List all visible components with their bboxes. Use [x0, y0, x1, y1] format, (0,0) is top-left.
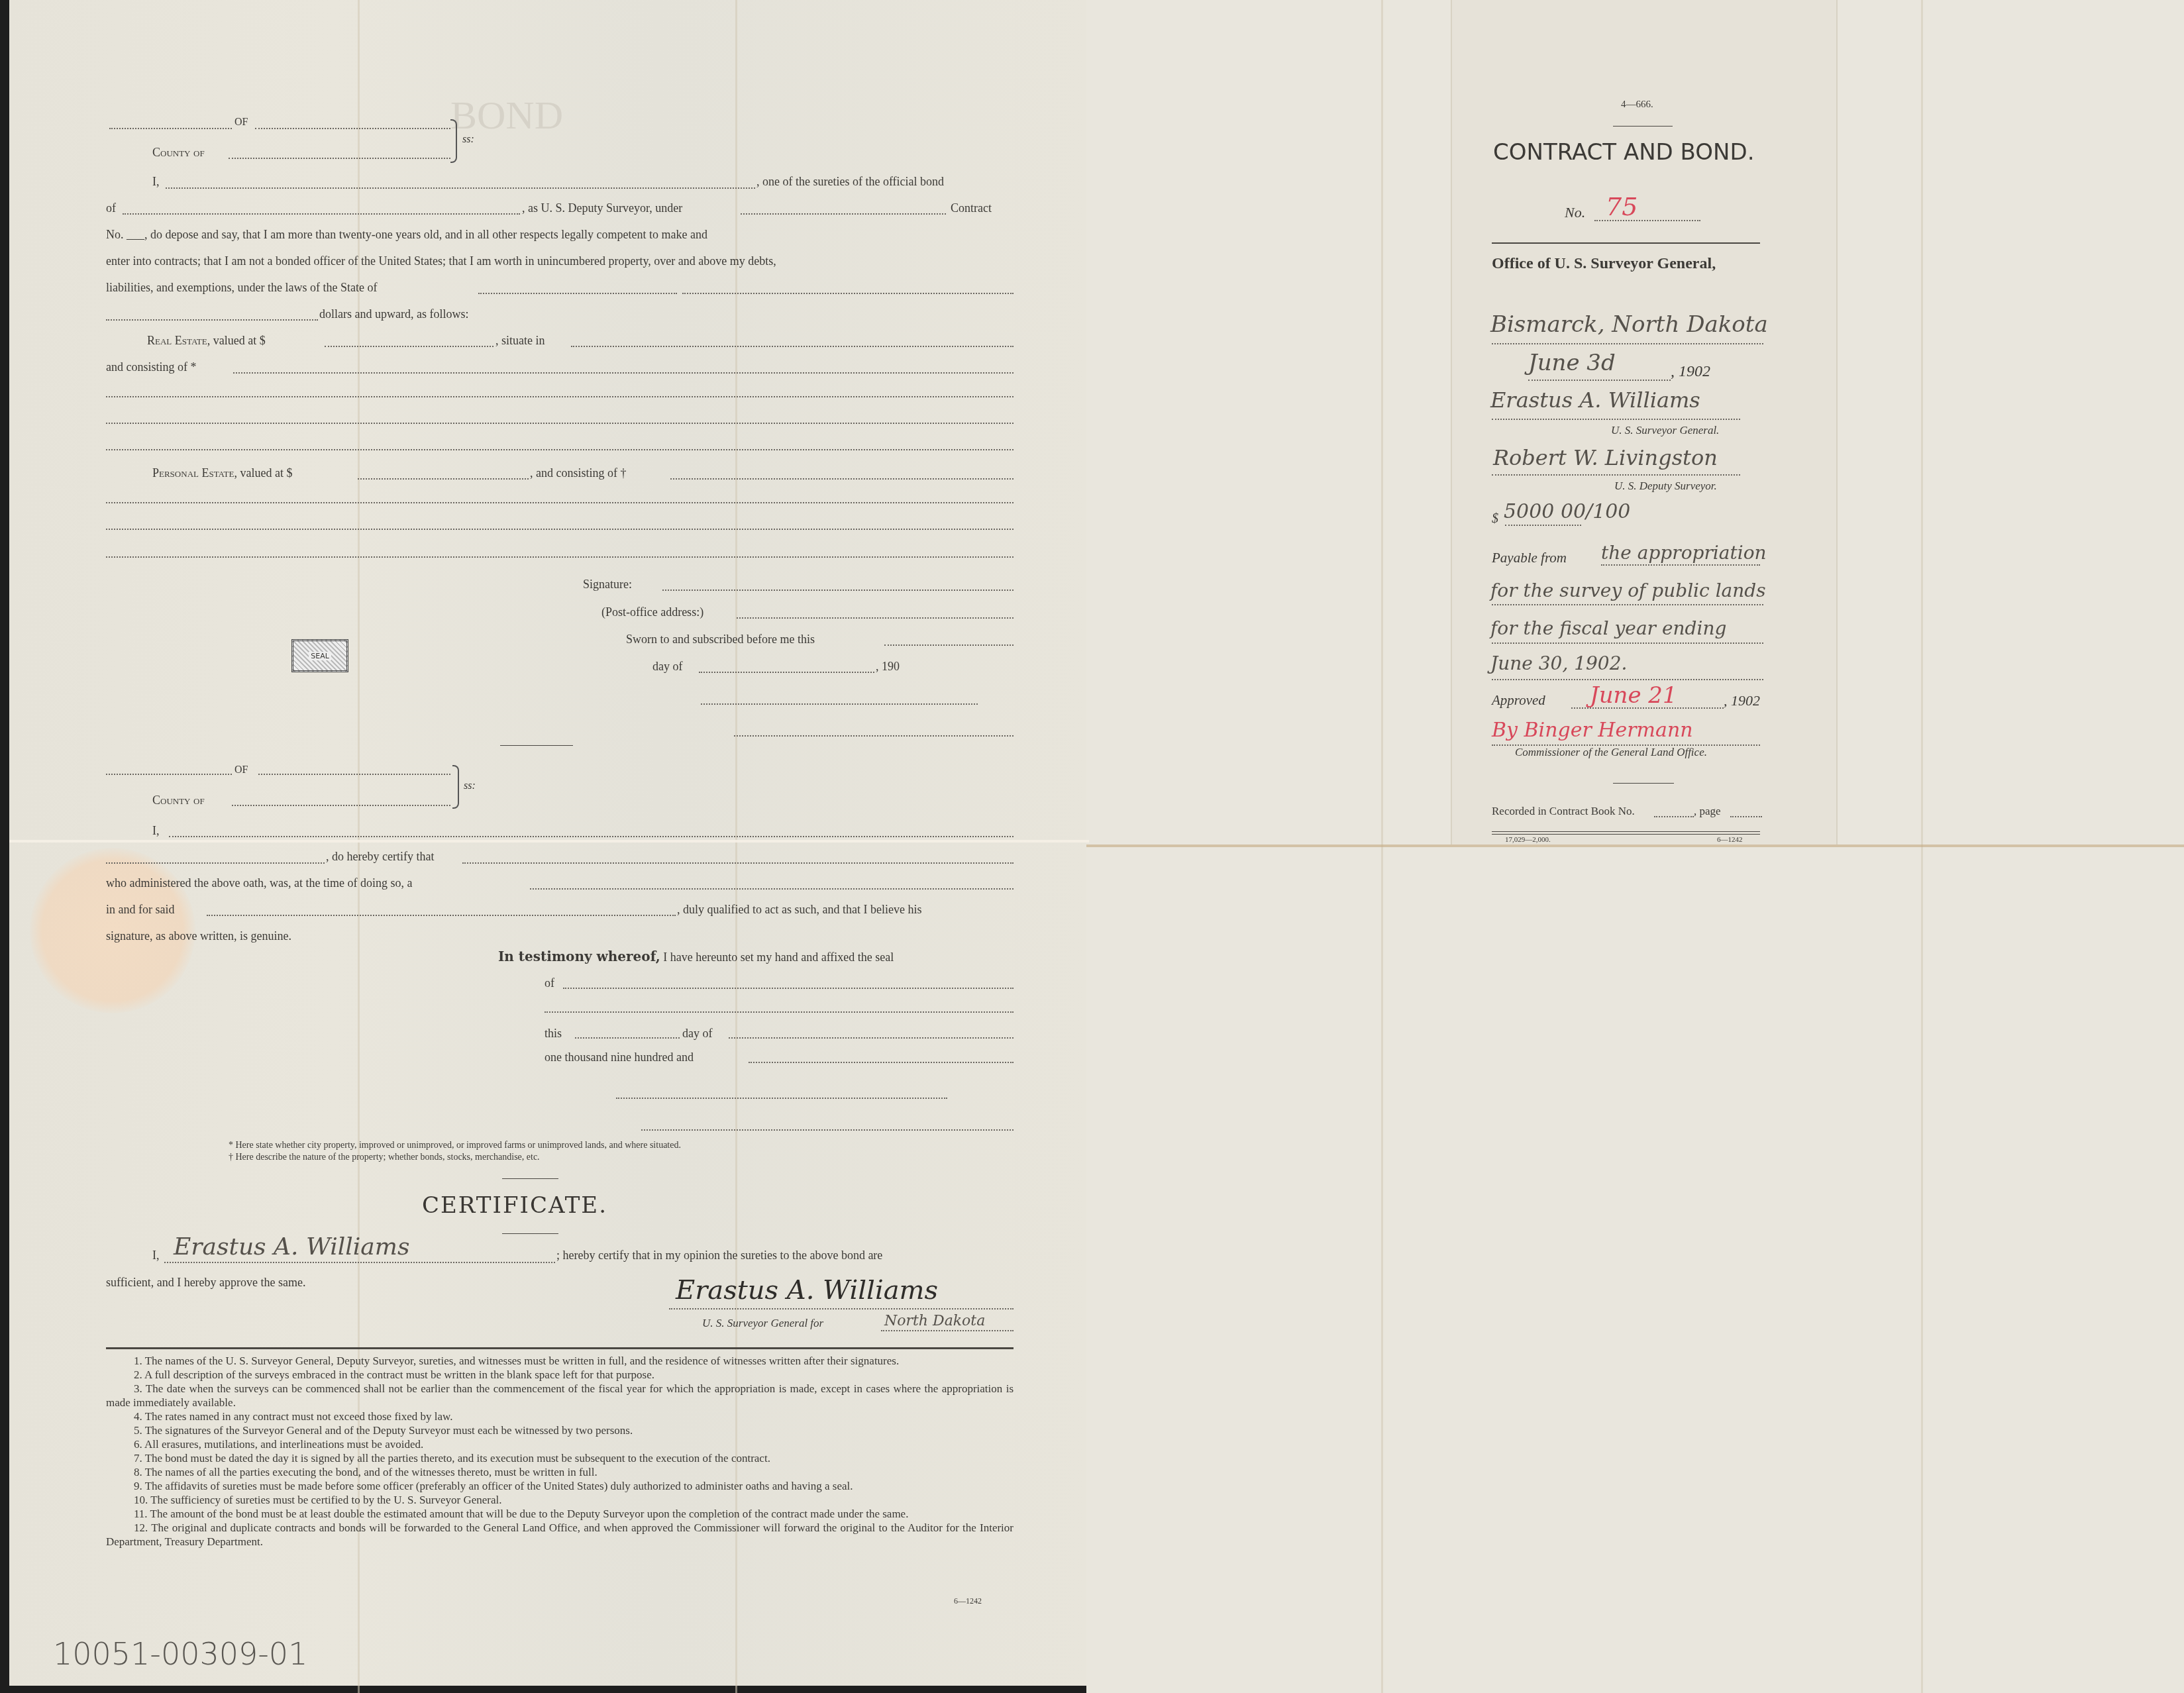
sworn-day-field[interactable]	[884, 644, 1014, 646]
payable-field[interactable]	[1492, 642, 1763, 644]
para-text: , do hereby certify that	[326, 850, 434, 864]
day-of-label: day of	[652, 660, 682, 674]
para-text: ; hereby certify that in my opinion the …	[556, 1249, 882, 1262]
instruction-item: 3. The date when the surveys can be comm…	[106, 1382, 1014, 1410]
personal-estate-description-field[interactable]	[106, 556, 1014, 558]
form-number: 6—1242	[1717, 836, 1743, 844]
county-field[interactable]	[229, 158, 450, 159]
para-text: No. ___, do depose and say, that I am mo…	[106, 228, 1014, 242]
payable-line: for the survey of public lands	[1490, 580, 1766, 601]
archive-id: 10051-00309-01	[53, 1636, 307, 1672]
signature-field[interactable]	[662, 590, 1014, 591]
certifier-name-field[interactable]	[164, 1262, 555, 1263]
payable-line: June 30, 1902.	[1490, 652, 1627, 674]
testimony-year-field[interactable]	[749, 1062, 1014, 1063]
amount-words-field[interactable]	[682, 293, 1014, 294]
officer-name-field[interactable]	[462, 862, 1014, 864]
para-text: , valued at $	[207, 334, 266, 347]
venue-of-field[interactable]	[258, 774, 450, 775]
section-divider	[1492, 834, 1760, 835]
role-label: U. S. Surveyor General for	[702, 1317, 823, 1330]
para-text: liabilities, and exemptions, under the l…	[106, 281, 377, 295]
post-office-label: (Post-office address:)	[601, 605, 703, 619]
testimony-of-field[interactable]	[563, 988, 1014, 989]
para-text: , duly qualified to act as such, and tha…	[677, 903, 921, 917]
county-label: County of	[152, 146, 205, 160]
sworn-label: Sworn to and subscribed before me this	[626, 633, 815, 646]
section-divider	[1613, 126, 1673, 127]
surveyor-general-label: U. S. Surveyor General.	[1611, 424, 1719, 437]
officer-signature-field[interactable]	[701, 703, 978, 705]
officer-title-field[interactable]	[734, 735, 1014, 737]
personal-estate-description-field[interactable]	[106, 529, 1014, 530]
amount-handwritten: 5000 00/100	[1504, 500, 1630, 523]
cover-title: CONTRACT AND BOND.	[1493, 139, 1755, 166]
instruction-item: 4. The rates named in any contract must …	[106, 1410, 1014, 1423]
instruction-item: 1. The names of the U. S. Surveyor Gener…	[106, 1354, 1014, 1368]
personal-estate-description-field[interactable]	[670, 478, 1014, 480]
certifier-title-field[interactable]	[106, 862, 325, 864]
section-divider	[1492, 242, 1760, 244]
para-text: of	[545, 976, 554, 990]
instruction-item: 8. The names of all the parties executin…	[106, 1465, 1014, 1479]
personal-estate-description-field[interactable]	[106, 502, 1014, 503]
instruction-item: 11. The amount of the bond must be at le…	[106, 1507, 1014, 1521]
payable-field[interactable]	[1492, 604, 1763, 605]
notary-title-field[interactable]	[641, 1129, 1014, 1131]
venue-of-label: OF	[234, 764, 248, 776]
para-text: I,	[152, 1249, 160, 1262]
instruction-item: 7. The bond must be dated the day it is …	[106, 1451, 1014, 1465]
commissioner-label: Commissioner of the General Land Office.	[1515, 746, 1707, 759]
amount-prefix: $	[1492, 511, 1498, 527]
deputy-name-field[interactable]	[123, 213, 520, 215]
instruction-item: 6. All erasures, mutilations, and interl…	[106, 1437, 1014, 1451]
surety-name-field[interactable]	[166, 187, 755, 189]
section-divider	[502, 1233, 558, 1234]
state-handwritten: North Dakota	[884, 1313, 985, 1329]
para-text: I have hereunto set my hand and affixed …	[663, 950, 894, 964]
county-field[interactable]	[232, 805, 450, 806]
book-number-field[interactable]	[1654, 816, 1694, 817]
certifier-name-handwritten: Erastus A. Williams	[174, 1233, 409, 1260]
section-divider	[1492, 831, 1760, 832]
para-text: who administered the above oath, was, at…	[106, 876, 412, 890]
footnote: * Here state whether city property, impr…	[229, 1141, 681, 1151]
officer-position-field[interactable]	[530, 888, 1014, 890]
certifier-name-field[interactable]	[169, 836, 1014, 837]
signature-label: Signature:	[583, 578, 632, 591]
deputy-label: U. S. Deputy Surveyor.	[1614, 480, 1717, 493]
fold-line	[1086, 845, 2184, 847]
state-blank	[109, 128, 232, 129]
date-year: , 1902	[1671, 363, 1710, 381]
state-blank[interactable]	[106, 774, 232, 775]
section-divider	[500, 745, 573, 746]
para-text: , valued at $	[234, 466, 292, 480]
para-text: one thousand nine hundred and	[545, 1051, 694, 1064]
instruction-item: 5. The signatures of the Surveyor Genera…	[106, 1423, 1014, 1437]
venue-of-field[interactable]	[255, 128, 450, 129]
ghost-heading: BOND	[450, 93, 563, 138]
notary-signature-field[interactable]	[616, 1098, 947, 1099]
instructions-list: 1. The names of the U. S. Surveyor Gener…	[106, 1354, 1014, 1549]
post-office-field[interactable]	[737, 617, 1014, 619]
payable-label: Payable from	[1492, 550, 1567, 566]
print-run: 17,029—2,000.	[1505, 836, 1551, 844]
approved-label: Approved	[1492, 692, 1545, 709]
commissioner-signature: By Binger Hermann	[1492, 719, 1693, 742]
contract-field[interactable]	[741, 213, 946, 215]
date-handwritten: June 3d	[1528, 350, 1616, 376]
number-label: No.	[1565, 204, 1585, 221]
surveyor-general-signature: Erastus A. Williams	[676, 1275, 938, 1306]
para-text: in and for said	[106, 903, 174, 917]
ss-label: ss:	[464, 780, 476, 792]
para-text: of	[106, 201, 116, 215]
year-label: , 190	[876, 660, 900, 674]
fold-line	[9, 840, 1089, 843]
bracket	[450, 119, 457, 163]
para-text: , as U. S. Deputy Surveyor, under	[522, 201, 682, 215]
instruction-item: 2. A full description of the surveys emb…	[106, 1368, 1014, 1382]
contract-number-value: 75	[1606, 192, 1638, 221]
para-text: enter into contracts; that I am not a bo…	[106, 254, 776, 268]
approved-year: , 1902	[1724, 692, 1760, 709]
seal-placeholder: SEAL	[291, 639, 348, 672]
deputy-field[interactable]	[1492, 474, 1740, 476]
payable-line: for the fiscal year ending	[1490, 617, 1726, 639]
office-heading: Office of U. S. Surveyor General,	[1492, 255, 1716, 273]
ss-label: ss:	[462, 134, 474, 146]
para-text: , situate in	[495, 334, 545, 348]
para-text: dollars and upward, as follows:	[319, 307, 468, 321]
testimony-month-field[interactable]	[729, 1037, 1014, 1039]
state-field[interactable]	[478, 293, 677, 294]
real-estate-value-field[interactable]	[325, 346, 494, 347]
contract-cover: 4—666. CONTRACT AND BOND. No. 75 Office …	[1451, 0, 1838, 845]
testimony-lead: In testimony whereof,	[498, 949, 660, 964]
date-field[interactable]	[1528, 380, 1671, 381]
testimony-of-field[interactable]	[545, 1011, 1014, 1013]
instruction-item: 9. The affidavits of sureties must be ma…	[106, 1479, 1014, 1493]
para-text: signature, as above written, is genuine.	[106, 929, 291, 943]
sworn-month-field[interactable]	[699, 672, 874, 673]
surveyor-general-handwritten: Erastus A. Williams	[1490, 387, 1700, 413]
seal-label: SEAL	[309, 652, 331, 660]
bracket	[452, 765, 459, 809]
para-text: this	[545, 1027, 562, 1041]
place-field[interactable]	[1492, 343, 1763, 344]
approved-date-handwritten: June 21	[1590, 682, 1677, 709]
state-field[interactable]	[881, 1330, 1014, 1331]
page-number-field[interactable]	[1730, 816, 1762, 817]
instruction-item: 12. The original and duplicate contracts…	[106, 1521, 1014, 1549]
footnote: † Here describe the nature of the proper…	[229, 1153, 540, 1163]
venue-of-label: OF	[234, 117, 248, 128]
para-text: , and consisting of †	[530, 466, 627, 480]
para-text: Contract	[951, 201, 992, 215]
section-divider	[1613, 783, 1674, 784]
recorded-label: Recorded in Contract Book No.	[1492, 805, 1635, 818]
section-divider	[502, 1178, 558, 1179]
deputy-handwritten: Robert W. Livingston	[1493, 445, 1718, 470]
amount-field[interactable]	[1505, 525, 1581, 526]
payable-field[interactable]	[1601, 564, 1760, 566]
amount-field[interactable]	[106, 319, 318, 321]
place-handwritten: Bismarck, North Dakota	[1490, 311, 1768, 338]
personal-estate-label: Personal Estate	[152, 466, 234, 480]
form-number: 6—1242	[954, 1596, 982, 1606]
real-estate-description-field[interactable]	[106, 449, 1014, 450]
para-text: I,	[152, 824, 160, 838]
real-estate-description-field[interactable]	[233, 372, 1014, 374]
real-estate-description-field[interactable]	[106, 396, 1014, 397]
payable-line: the appropriation	[1601, 542, 1767, 564]
jurisdiction-field[interactable]	[207, 915, 676, 916]
testimony-day-field[interactable]	[575, 1037, 680, 1039]
para-text: I,	[152, 175, 160, 189]
payable-field[interactable]	[1492, 679, 1763, 680]
certificate-title: CERTIFICATE.	[422, 1192, 607, 1219]
signature-line	[669, 1308, 1014, 1309]
instruction-item: 10. The sufficiency of sureties must be …	[106, 1493, 1014, 1507]
para-text: and consisting of *	[106, 360, 197, 374]
section-divider	[106, 1347, 1014, 1349]
page-label: , page	[1694, 805, 1721, 818]
para-text: day of	[682, 1027, 712, 1041]
personal-estate-value-field[interactable]	[358, 478, 529, 480]
county-label: County of	[152, 794, 205, 807]
surveyor-general-field[interactable]	[1492, 419, 1740, 420]
real-estate-label: Real Estate	[147, 334, 207, 347]
para-text: , one of the sureties of the official bo…	[756, 175, 944, 189]
real-estate-location-field[interactable]	[571, 346, 1014, 347]
para-text: sufficient, and I hereby approve the sam…	[106, 1276, 306, 1290]
real-estate-description-field[interactable]	[106, 423, 1014, 424]
form-code: 4—666.	[1621, 99, 1653, 111]
